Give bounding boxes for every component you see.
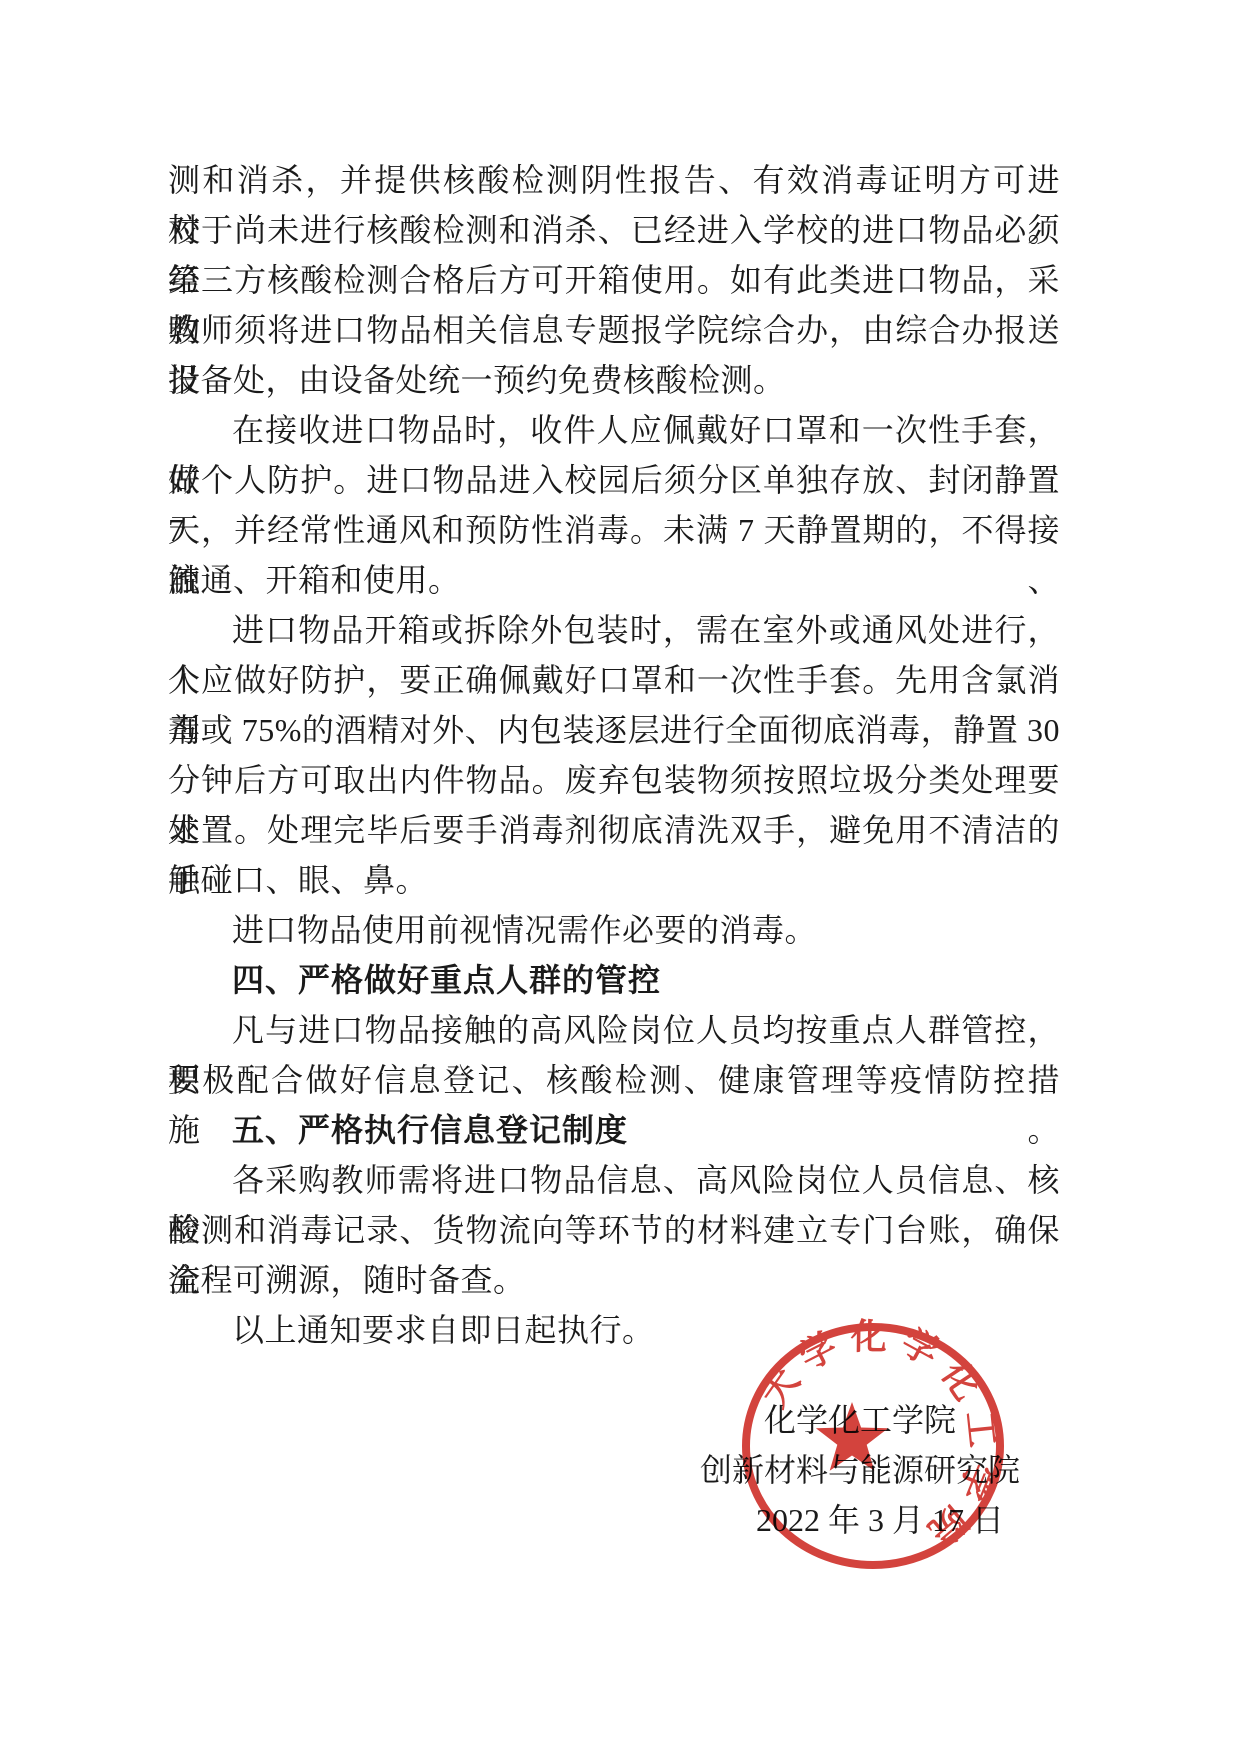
text-line: 天，并经常性通风和预防性消毒。未满 7 天静置期的，不得接触、: [168, 505, 1060, 555]
text-line: 进口物品使用前视情况需作必要的消毒。: [168, 905, 1060, 955]
text-line: 流程可溯源，随时备查。: [168, 1255, 1060, 1305]
signature-org-2: 创新材料与能源研究院: [690, 1445, 1030, 1495]
text-line: 检测和消毒记录、货物流向等环节的材料建立专门台账，确保全: [168, 1205, 1060, 1255]
signature-block: 化学化工学院 创新材料与能源研究院 2022 年 3 月 17 日: [690, 1395, 1030, 1545]
document-lines: 测和消杀，并提供核酸检测阴性报告、有效消毒证明方可进校。对于尚未进行核酸检测和消…: [168, 155, 1060, 1355]
text-line: 人应做好防护，要正确佩戴好口罩和一次性手套。先用含氯消毒: [168, 655, 1060, 705]
signature-date: 2022 年 3 月 17 日: [710, 1495, 1050, 1545]
text-line: 教师须将进口物品相关信息专题报学院综合办，由综合办报送设: [168, 305, 1060, 355]
text-line: 在接收进口物品时，收件人应佩戴好口罩和一次性手套，做: [168, 405, 1060, 455]
text-line: 进口物品开箱或拆除外包装时，需在室外或通风处进行，个: [168, 605, 1060, 655]
text-line: 第三方核酸检测合格后方可开箱使用。如有此类进口物品，采购: [168, 255, 1060, 305]
text-line: 测和消杀，并提供核酸检测阴性报告、有效消毒证明方可进校。: [168, 155, 1060, 205]
document-page: 测和消杀，并提供核酸检测阴性报告、有效消毒证明方可进校。对于尚未进行核酸检测和消…: [0, 0, 1241, 1754]
text-line: 凡与进口物品接触的高风险岗位人员均按重点人群管控，要: [168, 1005, 1060, 1055]
text-line: 好个人防护。进口物品进入校园后须分区单独存放、封闭静置 7: [168, 455, 1060, 505]
text-line: 剂或 75%的酒精对外、内包装逐层进行全面彻底消毒，静置 30: [168, 705, 1060, 755]
text-line: 各采购教师需将进口物品信息、高风险岗位人员信息、核酸: [168, 1155, 1060, 1205]
text-line: 分钟后方可取出内件物品。废弃包装物须按照垃圾分类处理要求: [168, 755, 1060, 805]
text-line: 以上通知要求自即日起执行。: [168, 1305, 1060, 1355]
text-line: 触碰口、眼、鼻。: [168, 855, 1060, 905]
text-line: 处置。处理完毕后要手消毒剂彻底清洗双手，避免用不清洁的手: [168, 805, 1060, 855]
section-heading: 四、严格做好重点人群的管控: [168, 955, 1060, 1005]
text-line: 报备处，由设备处统一预约免费核酸检测。: [168, 355, 1060, 405]
text-line: 对于尚未进行核酸检测和消杀、已经进入学校的进口物品必须经: [168, 205, 1060, 255]
document-body: 测和消杀，并提供核酸检测阴性报告、有效消毒证明方可进校。对于尚未进行核酸检测和消…: [168, 155, 1060, 1545]
signature-org-1: 化学化工学院: [690, 1395, 1030, 1445]
text-line: 积极配合做好信息登记、核酸检测、健康管理等疫情防控措施。: [168, 1055, 1060, 1105]
